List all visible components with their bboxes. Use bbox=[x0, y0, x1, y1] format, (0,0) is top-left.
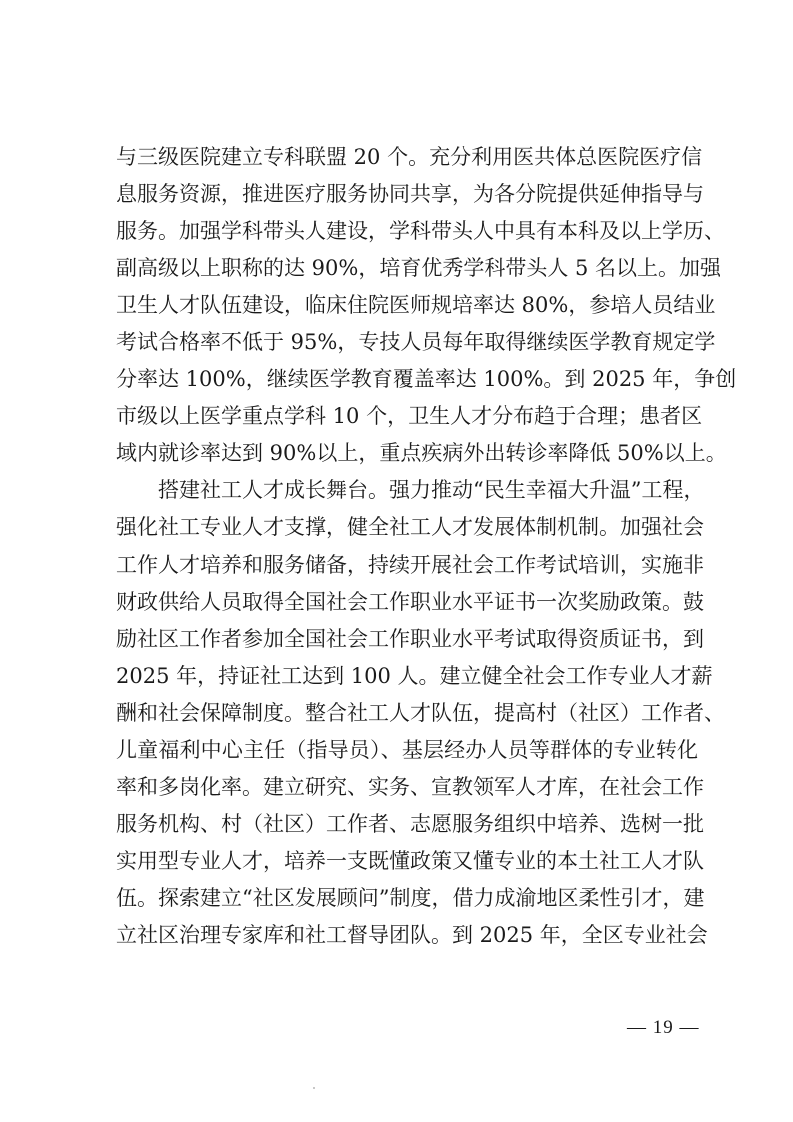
text-line: 分率达 100%，继续医学教育覆盖率达 100%。到 2025 年，争创 bbox=[116, 361, 698, 398]
paragraph-first-line: 搭建社工人才成长舞台。强力推动“民生幸福大升温”工程， bbox=[116, 472, 698, 509]
text-line: 强化社工专业人才支撑，健全社工人才发展体制机制。加强社会 bbox=[116, 509, 698, 546]
text-line: 服务。加强学科带头人建设，学科带头人中具有本科及以上学历、 bbox=[116, 213, 698, 250]
text-line: 财政供给人员取得全国社会工作职业水平证书一次奖励政策。鼓 bbox=[116, 584, 698, 621]
text-line: 率和多岗化率。建立研究、实务、宣教领军人才库，在社会工作 bbox=[116, 769, 698, 806]
text-line: 2025 年，持证社工达到 100 人。建立健全社会工作专业人才薪 bbox=[116, 658, 698, 695]
text-line: 励社区工作者参加全国社会工作职业水平考试取得资质证书，到 bbox=[116, 621, 698, 658]
text-line: 卫生人才队伍建设，临床住院医师规培率达 80%，参培人员结业 bbox=[116, 287, 698, 324]
document-page: 与三级医院建立专科联盟 20 个。充分利用医共体总医院医疗信 息服务资源，推进医… bbox=[0, 0, 793, 1122]
page-number: — 19 — bbox=[627, 1017, 700, 1039]
text-line: 与三级医院建立专科联盟 20 个。充分利用医共体总医院医疗信 bbox=[116, 139, 698, 176]
text-line: 息服务资源，推进医疗服务协同共享，为各分院提供延伸指导与 bbox=[116, 176, 698, 213]
body-text: 与三级医院建立专科联盟 20 个。充分利用医共体总医院医疗信 息服务资源，推进医… bbox=[116, 139, 698, 954]
text-line: 考试合格率不低于 95%，专技人员每年取得继续医学教育规定学 bbox=[116, 324, 698, 361]
text-line: 副高级以上职称的达 90%，培育优秀学科带头人 5 名以上。加强 bbox=[116, 250, 698, 287]
text-line: 市级以上医学重点学科 10 个，卫生人才分布趋于合理；患者区 bbox=[116, 398, 698, 435]
text-line: 立社区治理专家库和社工督导团队。到 2025 年，全区专业社会 bbox=[116, 917, 698, 954]
text-line: 实用型专业人才，培养一支既懂政策又懂专业的本土社工人才队 bbox=[116, 843, 698, 880]
text-line: 服务机构、村（社区）工作者、志愿服务组织中培养、选树一批 bbox=[116, 806, 698, 843]
text-line: 域内就诊率达到 90%以上，重点疾病外出转诊率降低 50%以上。 bbox=[116, 435, 698, 472]
scan-speck bbox=[313, 1087, 315, 1089]
text-line: 伍。探索建立“社区发展顾问”制度，借力成渝地区柔性引才，建 bbox=[116, 880, 698, 917]
text-line: 儿童福利中心主任（指导员）、基层经办人员等群体的专业转化 bbox=[116, 732, 698, 769]
text-line: 酬和社会保障制度。整合社工人才队伍，提高村（社区）工作者、 bbox=[116, 695, 698, 732]
text-line: 工作人才培养和服务储备，持续开展社会工作考试培训，实施非 bbox=[116, 547, 698, 584]
